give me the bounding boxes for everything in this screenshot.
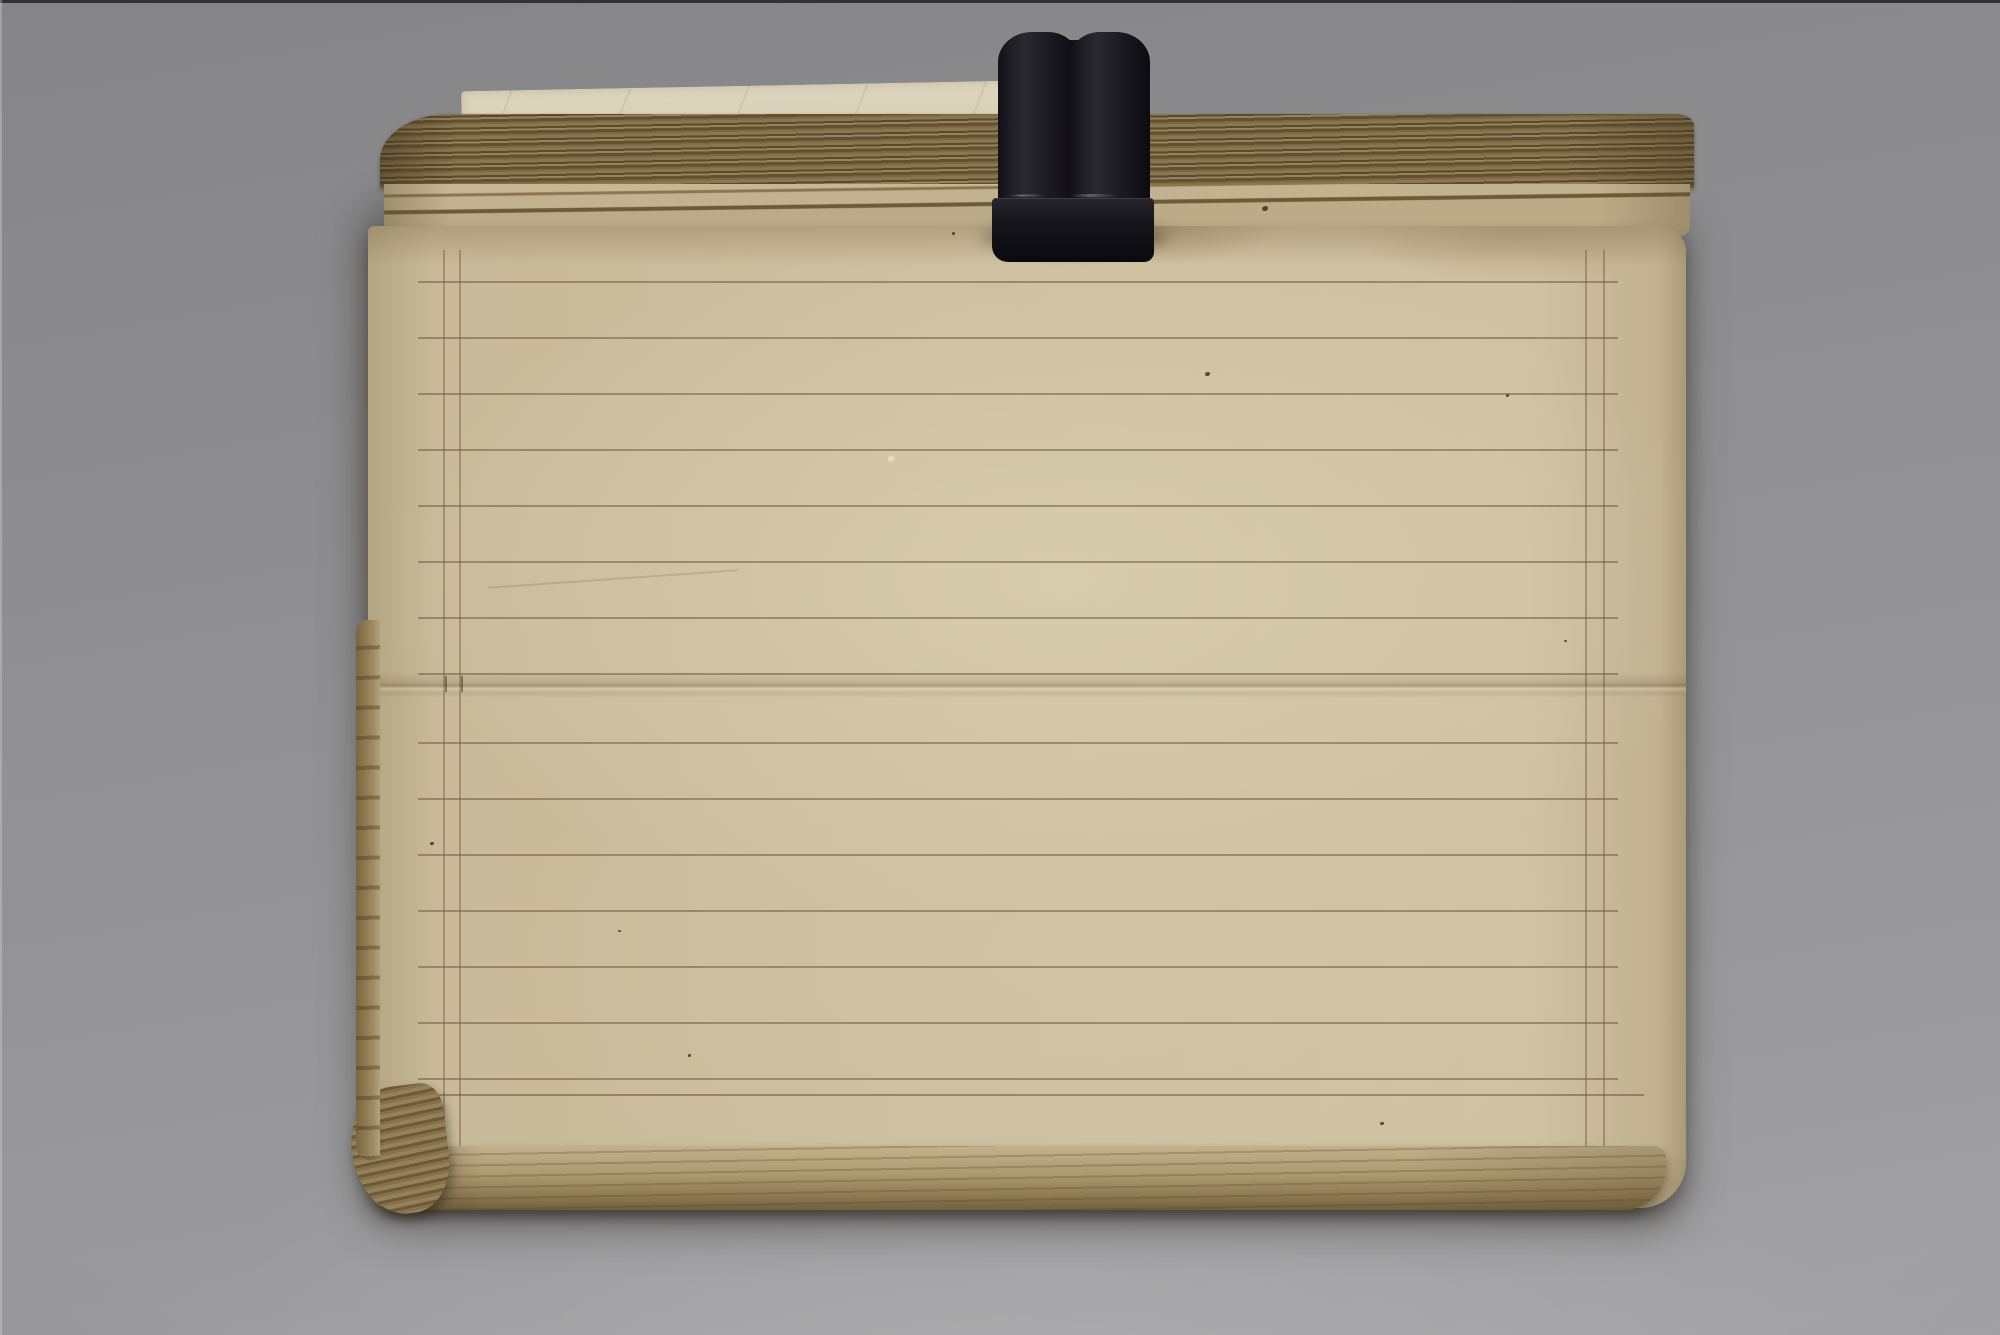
photo-left-edge-line — [0, 0, 2, 1335]
ruled-line — [418, 561, 1618, 563]
photo-top-edge-line — [0, 0, 2000, 3]
bottom-page-edge-band — [380, 1146, 1666, 1210]
open-blank-spread — [368, 226, 1686, 1208]
weight-right-lobe — [1070, 32, 1150, 220]
ruled-line — [418, 449, 1618, 451]
ruled-line — [418, 1022, 1618, 1024]
fold-tick-mark — [461, 676, 463, 692]
ruled-line — [418, 505, 1618, 507]
ruled-line — [418, 910, 1618, 912]
weight-base-plate — [992, 198, 1154, 262]
fold-tick-mark — [445, 676, 447, 692]
center-fold-crease — [368, 672, 1686, 698]
ink-speck — [618, 930, 621, 932]
ruled-line — [418, 966, 1618, 968]
ink-speck — [1564, 640, 1567, 642]
battery-clip-weight — [998, 28, 1150, 236]
ink-speck — [1380, 1122, 1384, 1125]
weight-left-lobe — [998, 32, 1078, 220]
ruling-upper-page — [418, 281, 1618, 731]
ruled-line — [418, 393, 1618, 395]
ruled-line — [418, 281, 1618, 283]
paper-flaw-light-spot — [888, 456, 894, 461]
bottom-frame-rule — [414, 1094, 1644, 1096]
ruling-lower-page — [418, 742, 1618, 1102]
ruled-line — [418, 1078, 1618, 1080]
ruled-line — [418, 337, 1618, 339]
ruled-line — [418, 617, 1618, 619]
ruled-line — [418, 742, 1618, 744]
ruled-line — [418, 854, 1618, 856]
left-binding-edge — [356, 620, 380, 1160]
photograph-canvas — [0, 0, 2000, 1335]
ruled-line — [418, 798, 1618, 800]
ink-speck — [952, 232, 955, 235]
weight-specular-highlight — [1002, 194, 1144, 197]
